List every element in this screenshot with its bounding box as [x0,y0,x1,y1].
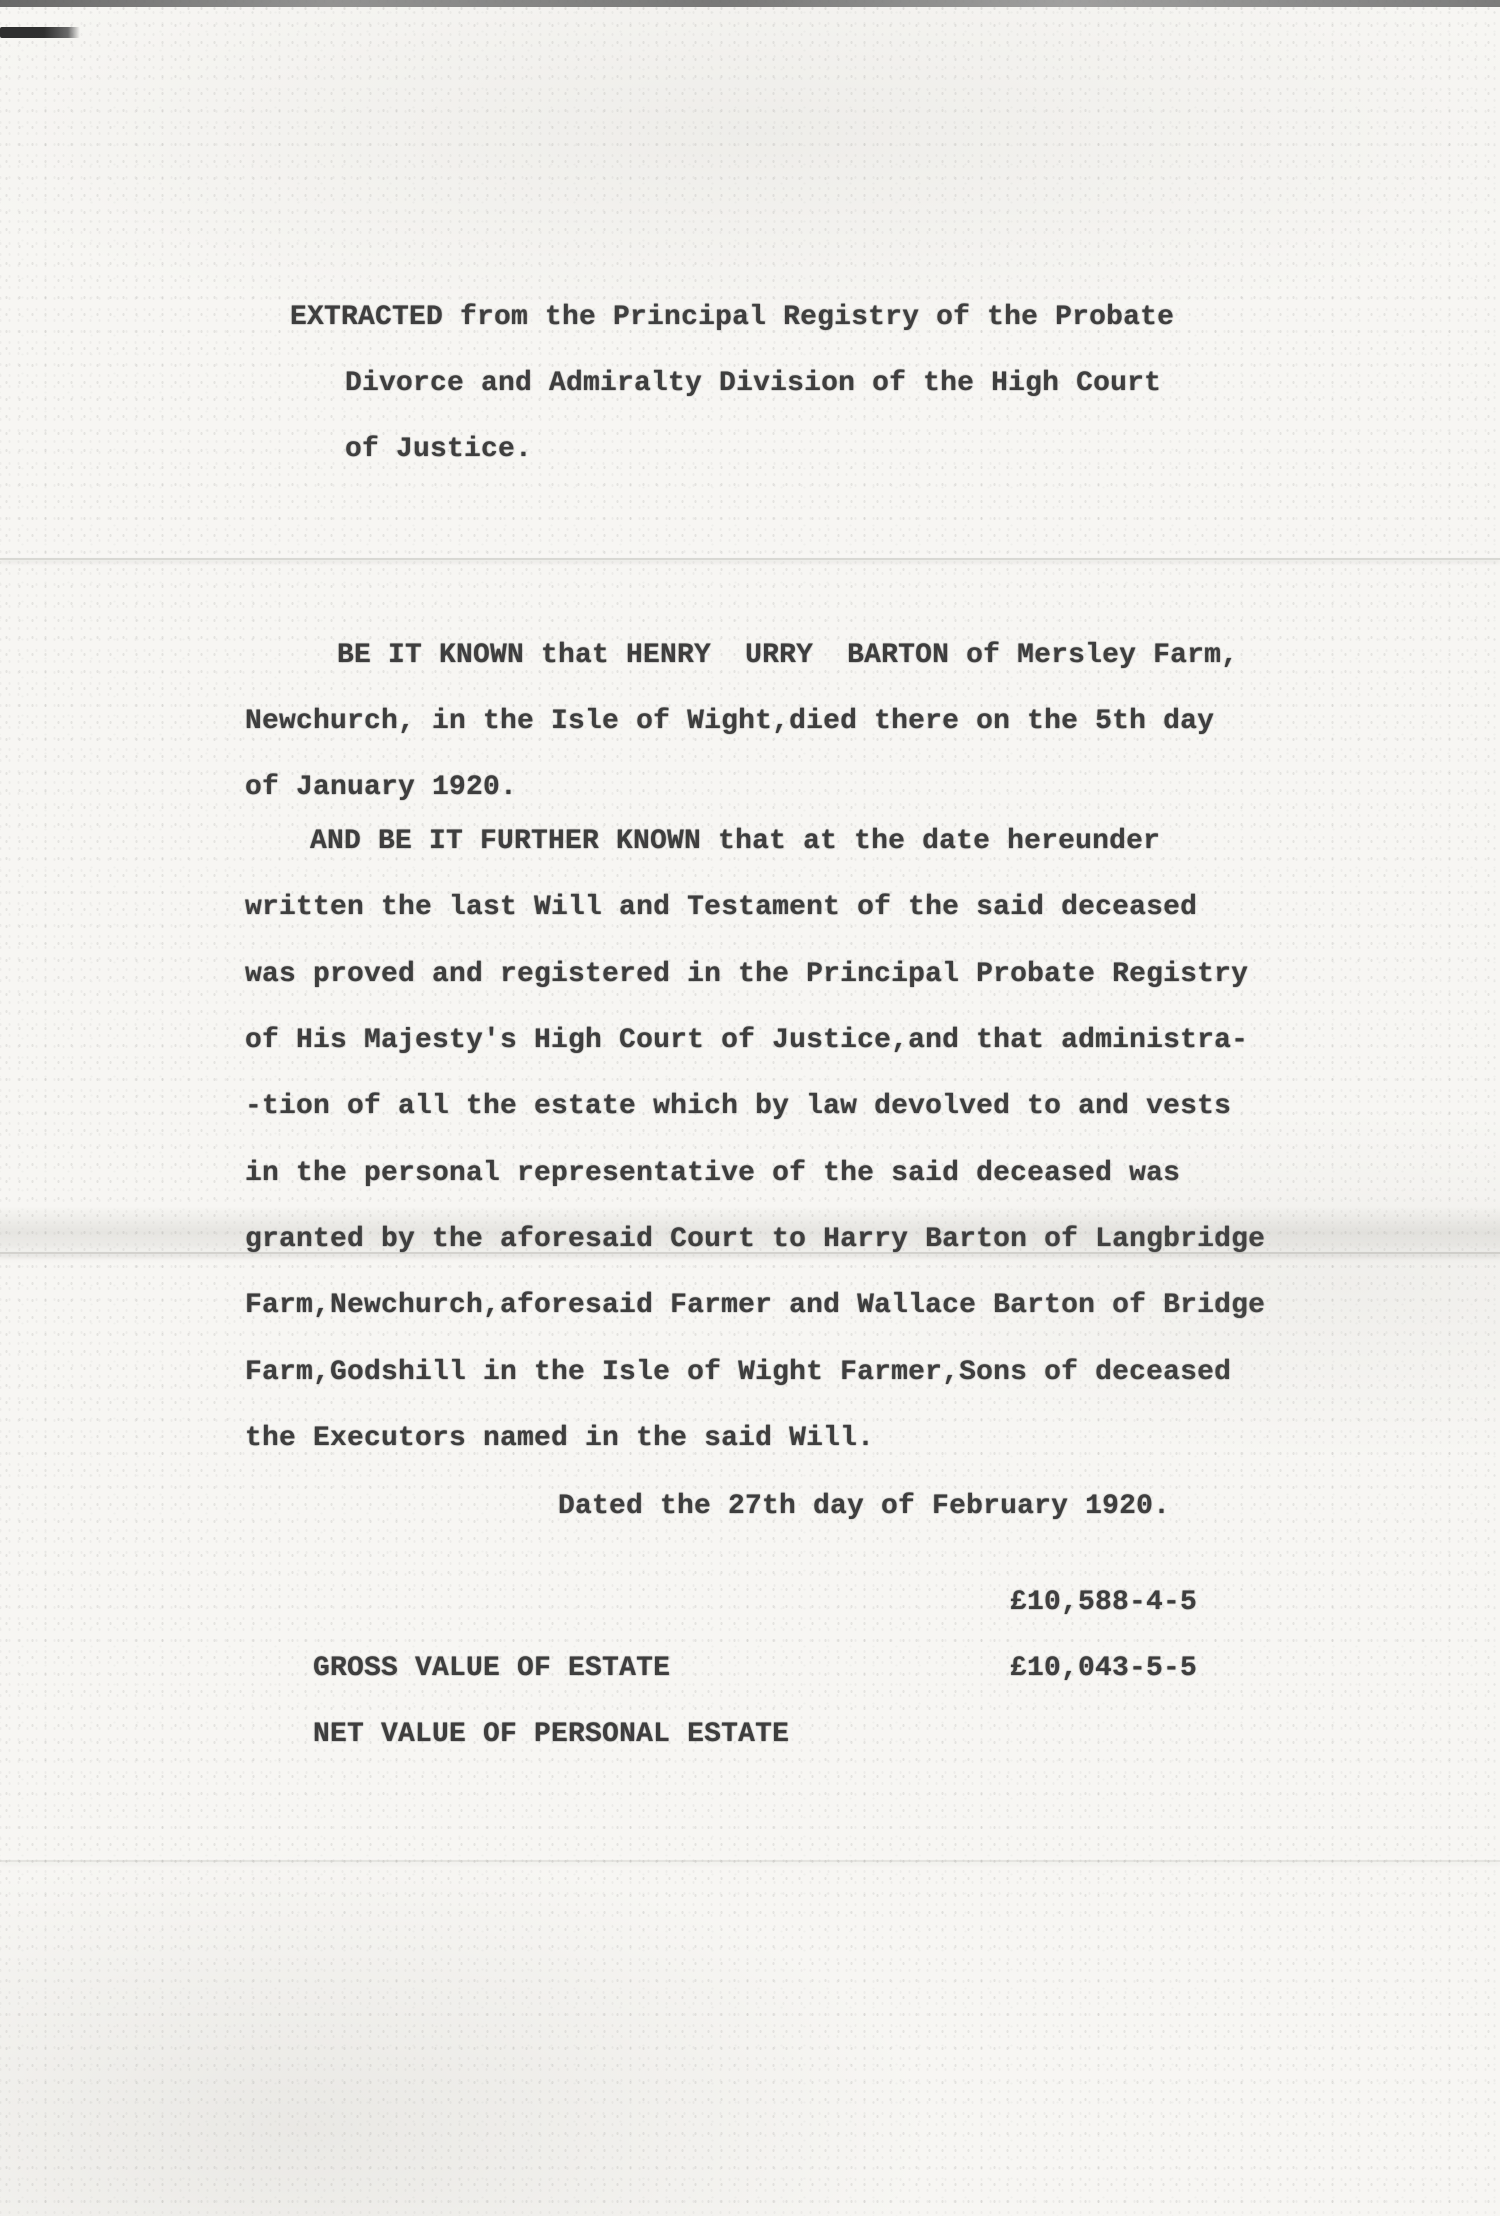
fold-crease [0,1860,1500,1862]
body-line: in the personal representative of the sa… [245,1141,1180,1207]
header-line: of Justice. [345,417,532,483]
body-line: -tion of all the estate which by law dev… [245,1074,1231,1140]
body-line: Newchurch, in the Isle of Wight,died the… [245,689,1214,755]
body-line: Farm,Godshill in the Isle of Wight Farme… [245,1340,1231,1406]
body-line: AND BE IT FURTHER KNOWN that at the date… [310,809,1160,875]
scan-edge-artifact [0,0,1500,7]
body-line: Farm,Newchurch,aforesaid Farmer and Wall… [245,1273,1265,1339]
body-line: granted by the aforesaid Court to Harry … [245,1207,1265,1273]
body-line: the Executors named in the said Will. [245,1406,874,1472]
header-line: EXTRACTED from the Principal Registry of… [290,285,1174,351]
body-line: of His Majesty's High Court of Justice,a… [245,1008,1248,1074]
estate-value-row: NET VALUE OF PERSONAL ESTATE £10,043-5-5 [245,1636,789,1702]
estate-value-amount: £10,588-4-5 [1010,1570,1197,1636]
fold-crease [0,558,1500,560]
dated-line: Dated the 27th day of February 1920. [558,1474,1170,1540]
estate-value-row: GROSS VALUE OF ESTATE £10,588-4-5 [245,1570,670,1636]
header-line: Divorce and Admiralty Division of the Hi… [345,351,1161,417]
body-line: was proved and registered in the Princip… [245,942,1248,1008]
estate-value-label: NET VALUE OF PERSONAL ESTATE [313,1719,789,1750]
scanned-probate-document: EXTRACTED from the Principal Registry of… [0,0,1500,2216]
scan-corner-mark [0,27,80,38]
estate-value-amount: £10,043-5-5 [1010,1636,1197,1702]
body-line: written the last Will and Testament of t… [245,875,1197,941]
body-line: BE IT KNOWN that HENRY URRY BARTON of Me… [337,623,1238,689]
